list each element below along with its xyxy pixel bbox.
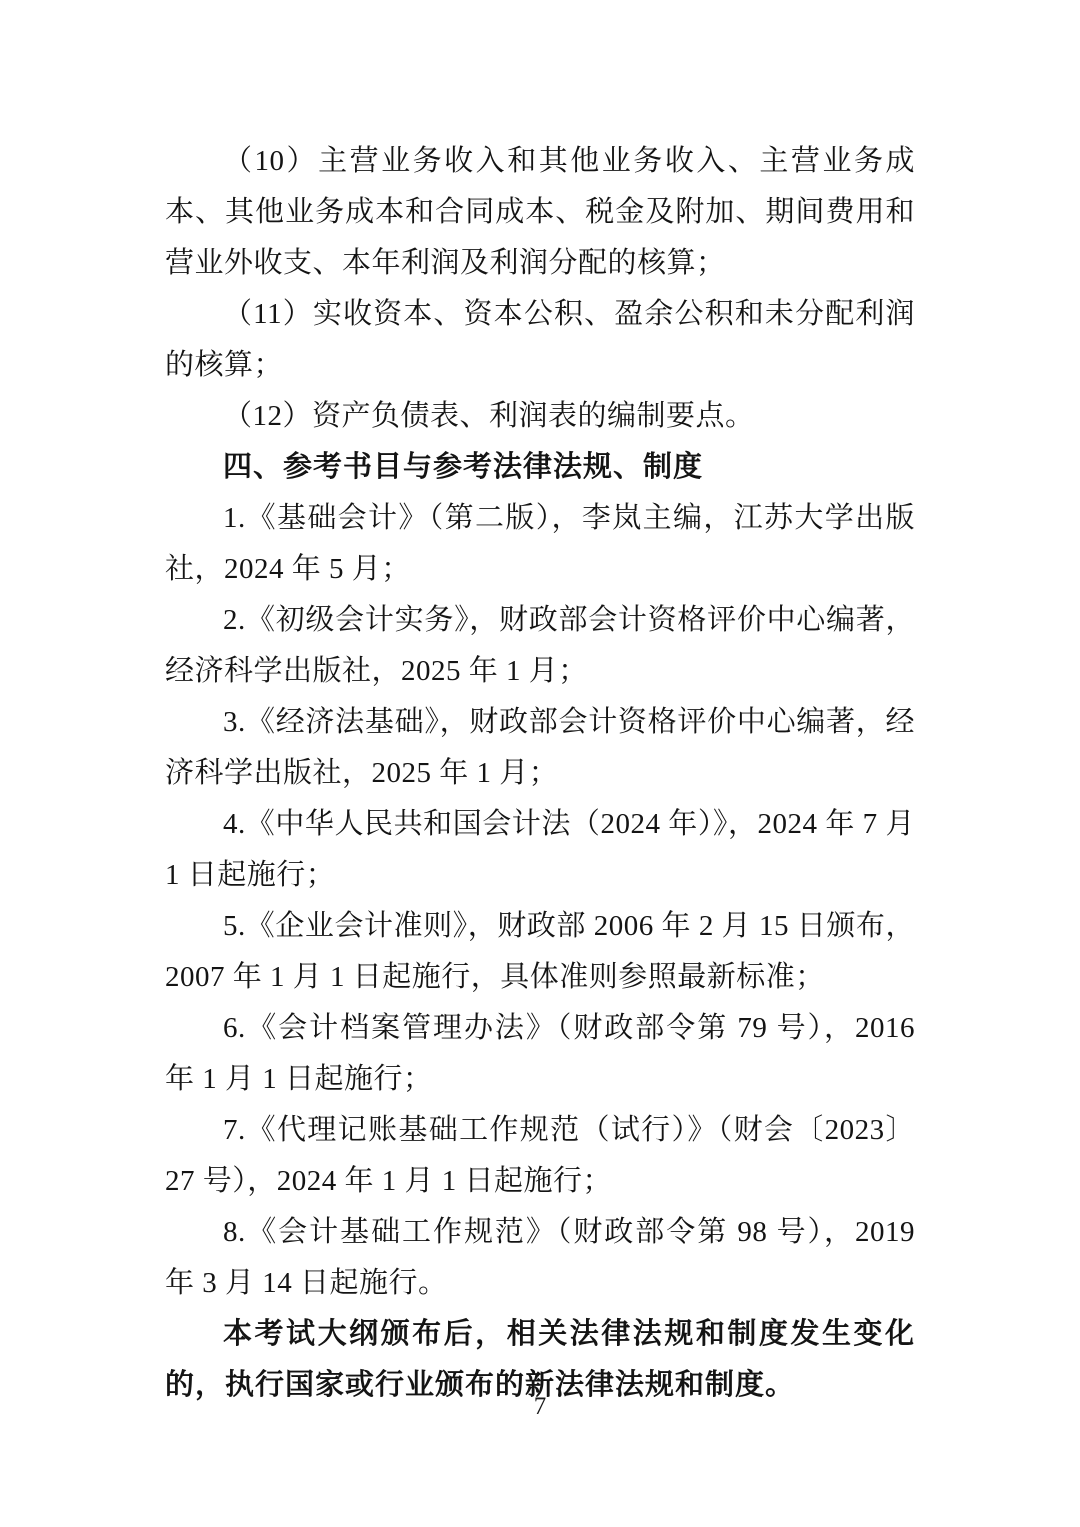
paragraph-item-11: （11）实收资本、资本公积、盈余公积和未分配利润的核算； — [165, 289, 915, 391]
document-page: （10）主营业务收入和其他业务收入、主营业务成本、其他业务成本和合同成本、税金及… — [0, 0, 1080, 1527]
document-body: （10）主营业务收入和其他业务收入、主营业务成本、其他业务成本和合同成本、税金及… — [165, 136, 915, 1411]
reference-item-3: 3.《经济法基础》，财政部会计资格评价中心编著，经济科学出版社，2025 年 1… — [165, 697, 915, 799]
reference-item-1: 1.《基础会计》（第二版），李岚主编，江苏大学出版社，2024 年 5 月； — [165, 493, 915, 595]
paragraph-item-12: （12）资产负债表、利润表的编制要点。 — [165, 391, 915, 442]
reference-item-8: 8.《会计基础工作规范》（财政部令第 98 号），2019 年 3 月 14 日… — [165, 1207, 915, 1309]
page-number: 7 — [0, 1392, 1080, 1422]
reference-item-5: 5.《企业会计准则》，财政部 2006 年 2 月 15 日颁布，2007 年 … — [165, 901, 915, 1003]
section-heading-references: 四、参考书目与参考法律法规、制度 — [165, 442, 915, 493]
reference-item-7: 7.《代理记账基础工作规范（试行）》（财会〔2023〕27 号），2024 年 … — [165, 1105, 915, 1207]
reference-item-4: 4.《中华人民共和国会计法（2024 年）》，2024 年 7 月 1 日起施行… — [165, 799, 915, 901]
paragraph-item-10: （10）主营业务收入和其他业务收入、主营业务成本、其他业务成本和合同成本、税金及… — [165, 136, 915, 289]
reference-item-2: 2.《初级会计实务》，财政部会计资格评价中心编著，经济科学出版社，2025 年 … — [165, 595, 915, 697]
reference-item-6: 6.《会计档案管理办法》（财政部令第 79 号），2016 年 1 月 1 日起… — [165, 1003, 915, 1105]
